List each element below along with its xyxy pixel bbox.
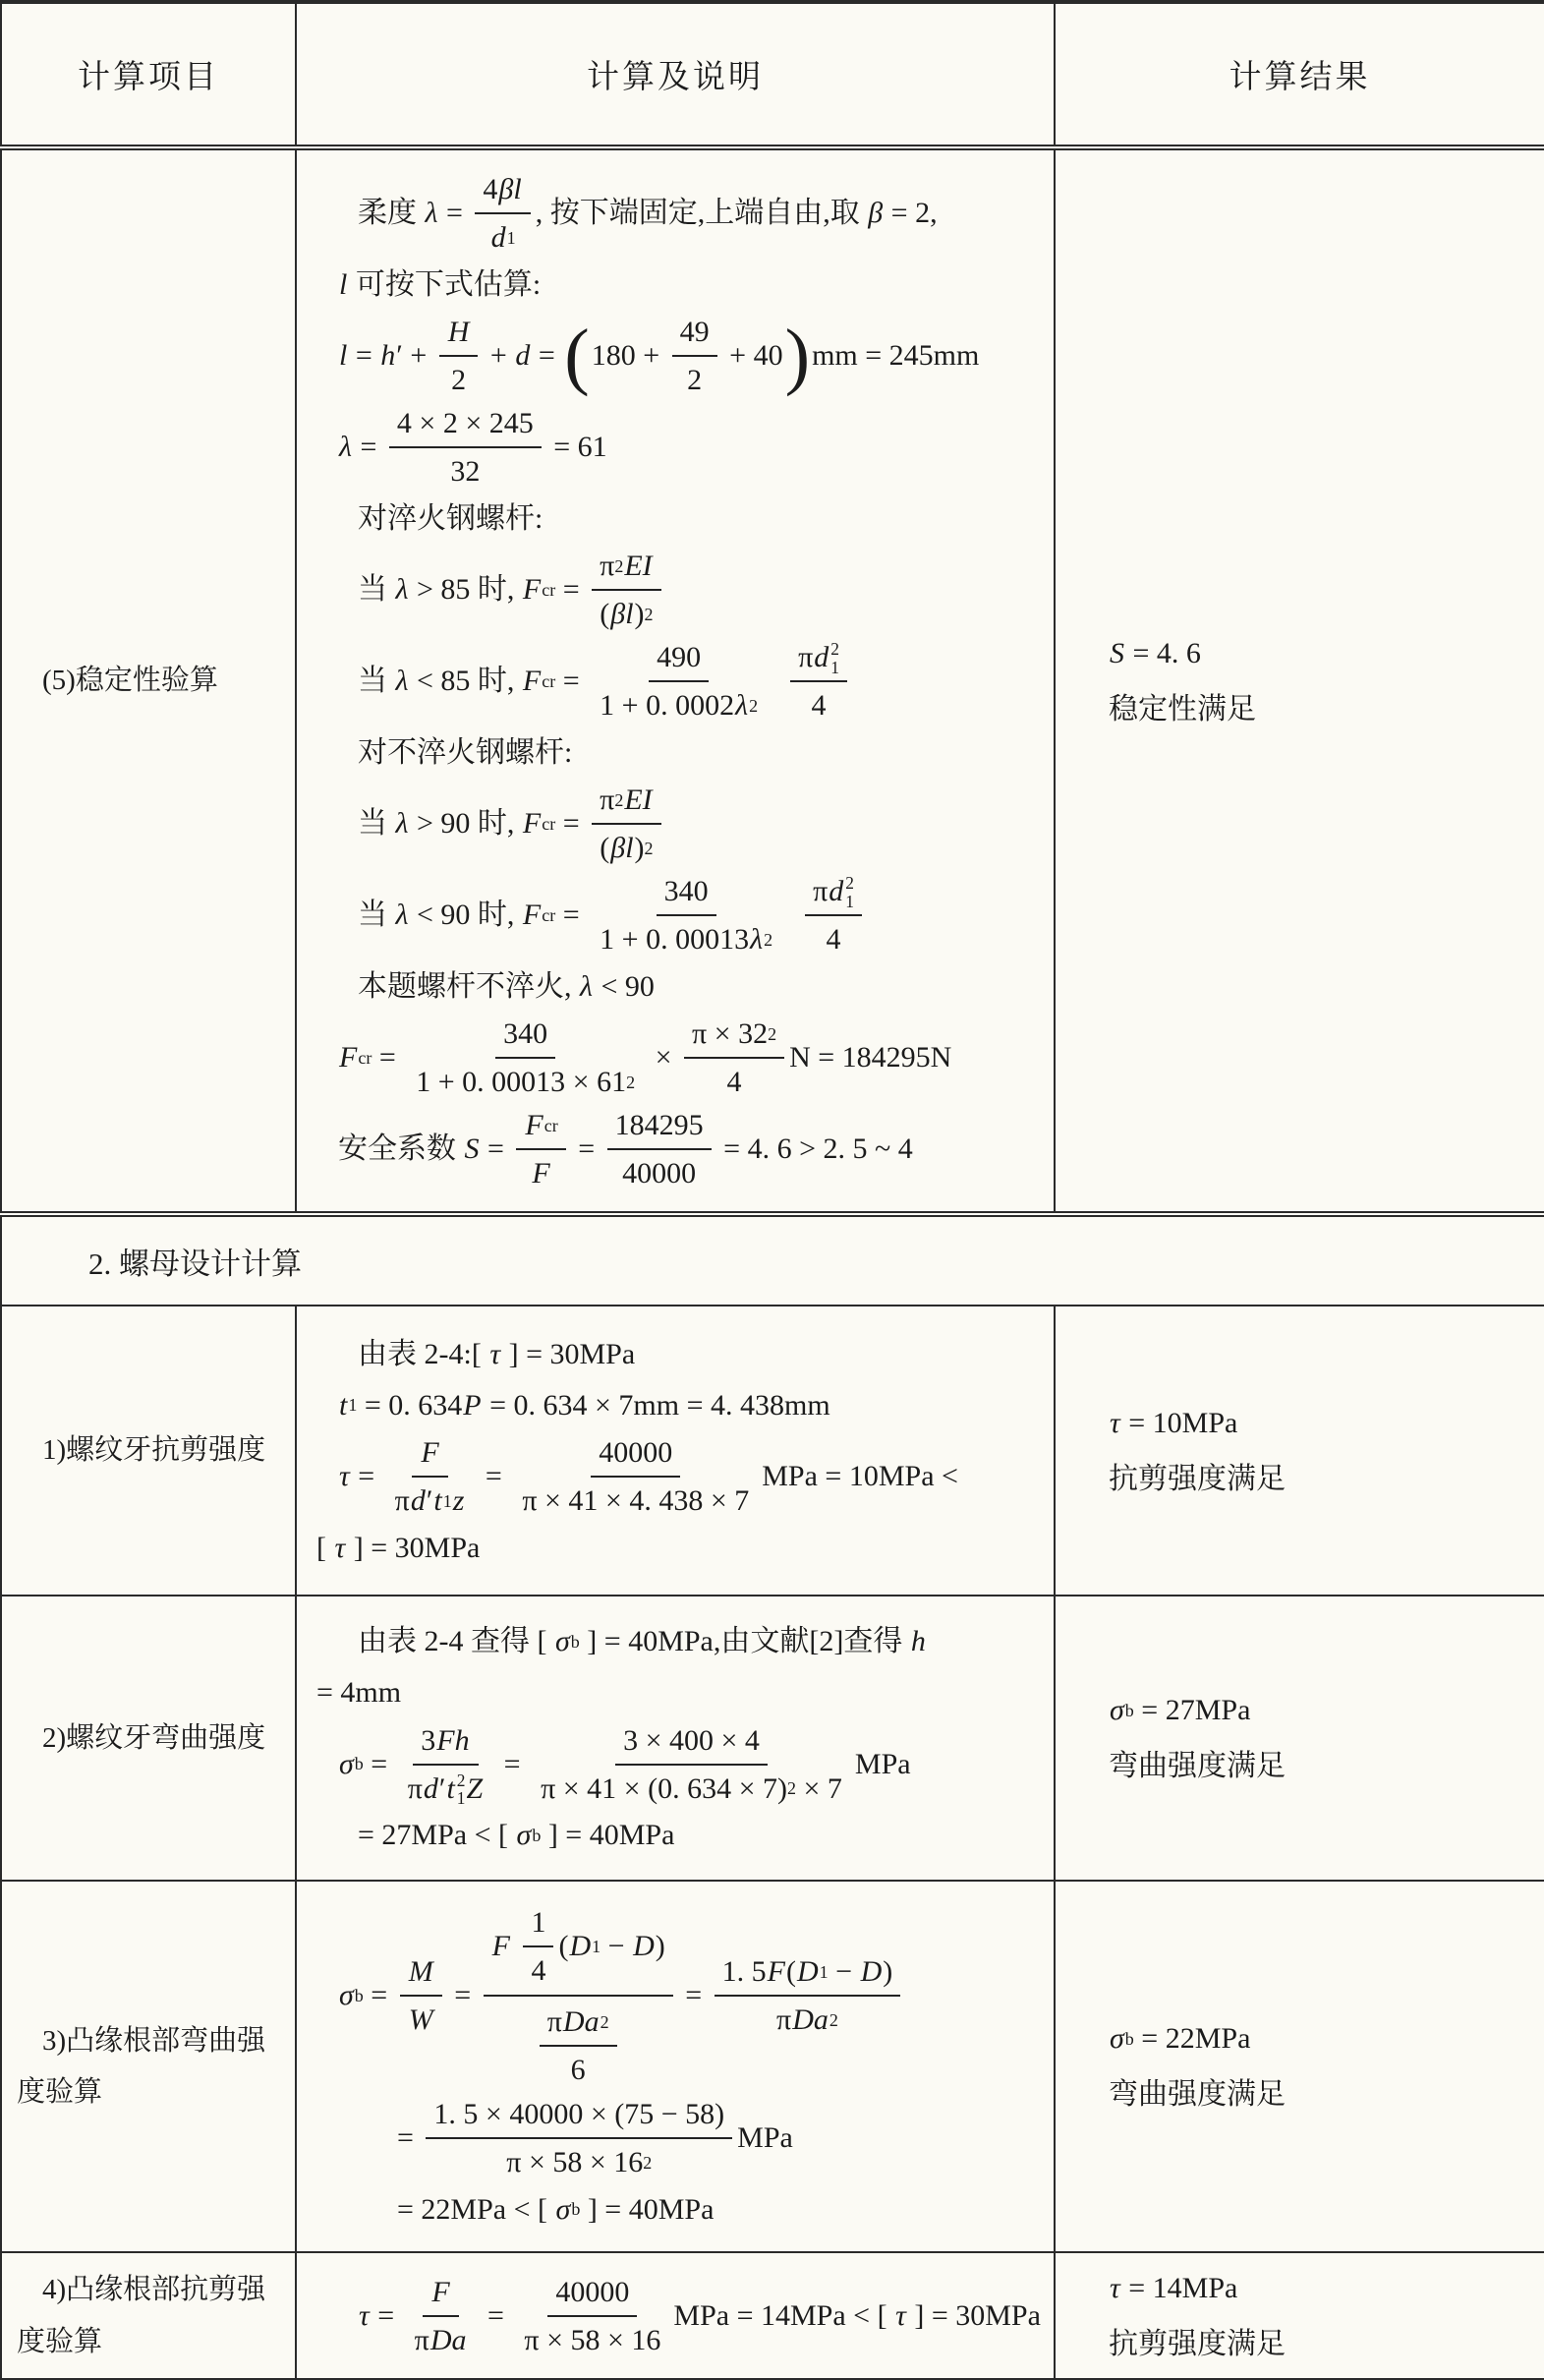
- fraction-numerator: π2EI: [592, 779, 660, 825]
- math-variable: H: [447, 313, 471, 351]
- math-text: =: [371, 2296, 402, 2335]
- fraction-numerator: π × 322: [684, 1013, 784, 1059]
- fraction-numerator: 1. 5 × 40000 × (75 − 58): [426, 2093, 732, 2139]
- math-text: +: [483, 336, 514, 375]
- math-text: 3 × 400 × 4: [623, 1721, 760, 1760]
- fraction-denominator: 1 + 0. 00013 × 612: [408, 1059, 643, 1102]
- formula-line: [ τ ] = 30MPa: [303, 1523, 1048, 1572]
- math-fraction: πDa26: [540, 2001, 617, 2090]
- math-text: π: [600, 781, 614, 819]
- math-variable: d: [490, 218, 507, 257]
- math-text: 弯曲强度满足: [1109, 2066, 1286, 2122]
- formula-line: 当 λ > 85 时, Fcr = π2EI(βl)2: [303, 545, 1048, 634]
- fraction-denominator: 4: [804, 682, 834, 726]
- math-text: 490: [657, 638, 701, 676]
- math-variable: τ: [1109, 1395, 1121, 1451]
- calculation-document: 计算项目 计算及说明 计算结果 (5)稳定性验算柔度 λ = 4βld1, 按下…: [0, 0, 1544, 2380]
- math-variable: d: [423, 1770, 439, 1808]
- fraction-denominator: 4: [523, 1947, 553, 1991]
- math-variable: σ: [1109, 1682, 1125, 1738]
- math-variable: F: [522, 570, 542, 609]
- result-line: 抗剪强度满足: [1109, 1451, 1538, 1507]
- fraction-numerator: 4βl: [475, 168, 530, 214]
- math-subscript: b: [532, 1827, 541, 1844]
- fraction-numerator: 3 × 400 × 4: [615, 1719, 768, 1766]
- fraction-denominator: πd′t21Z: [400, 1766, 491, 1809]
- fraction-numerator: 490: [649, 636, 709, 682]
- math-text: > 90 时,: [410, 804, 522, 842]
- formula-line: l = h′ + H2 + d = (180 + 492 + 40)mm = 2…: [303, 311, 1048, 400]
- math-fraction: FπDa: [407, 2271, 476, 2360]
- math-text: [771, 662, 785, 700]
- math-variable: σ: [338, 1976, 355, 2014]
- math-variable: σ: [1109, 2010, 1125, 2066]
- math-variable: λ: [734, 686, 749, 725]
- math-variable: t: [445, 1770, 455, 1808]
- math-text: π × 58 × 16: [524, 2321, 660, 2359]
- math-text: =: [555, 896, 587, 934]
- math-big-paren: ): [785, 327, 810, 383]
- header-cell-calculation: 计算及说明: [296, 2, 1055, 147]
- header-row: 计算项目 计算及说明 计算结果: [1, 2, 1544, 147]
- fraction-denominator: πDa: [407, 2317, 476, 2360]
- math-subscript: cr: [542, 906, 555, 924]
- math-fraction: 3Fhπd′t21Z: [400, 1719, 491, 1809]
- result-cell: σb = 27MPa弯曲强度满足: [1055, 1596, 1544, 1881]
- math-big-paren: (: [564, 327, 589, 383]
- math-variable: F: [524, 1106, 543, 1144]
- table-body: (5)稳定性验算柔度 λ = 4βld1, 按下端固定,上端自由,取 β = 2…: [1, 147, 1544, 2379]
- table-row-thread-bending: 2)螺纹牙弯曲强度由表 2-4 查得 [ σb ] = 40MPa,由文献[2]…: [1, 1596, 1544, 1881]
- math-text: 可按下式估算:: [348, 265, 541, 304]
- math-text: 40000: [599, 1433, 672, 1472]
- math-fraction: 1. 5F(D1 − D)πDa2: [715, 1950, 901, 2040]
- math-fraction: FcrF: [516, 1104, 565, 1193]
- math-text: π: [798, 638, 813, 676]
- math-text: 4: [531, 1951, 545, 1990]
- math-supsub-stack: 21: [845, 874, 854, 910]
- math-variable: F: [767, 1952, 786, 1991]
- fraction-denominator: 4: [819, 916, 849, 959]
- item-cell: 2)螺纹牙弯曲强度: [1, 1596, 296, 1881]
- math-supscript: 2: [614, 557, 623, 575]
- result-cell: τ = 14MPa抗剪强度满足: [1055, 2252, 1544, 2379]
- fraction-denominator: d1: [483, 214, 524, 258]
- fraction-denominator: π × 41 × (0. 634 × 7)2 × 7: [533, 1766, 850, 1809]
- fraction-numerator: M: [400, 1950, 442, 1997]
- math-text: π × 32: [692, 1015, 768, 1053]
- math-variable: Da: [562, 2003, 600, 2041]
- math-text: =: [397, 2119, 421, 2157]
- math-text: MPa = 10MPa <: [762, 1457, 958, 1495]
- fraction-numerator: 4 × 2 × 245: [389, 402, 542, 448]
- math-subscript: b: [355, 1755, 364, 1772]
- formula-line: t1 = 0. 634P = 0. 634 × 7mm = 4. 438mm: [303, 1380, 1048, 1429]
- result-line: 弯曲强度满足: [1109, 1738, 1538, 1794]
- math-text: 49: [680, 313, 710, 351]
- math-text: =: [678, 1976, 710, 2014]
- math-fraction: 492: [672, 311, 717, 400]
- math-fraction: π2EI(βl)2: [592, 545, 660, 634]
- math-variable: d: [813, 638, 829, 676]
- math-fraction: 1. 5 × 40000 × (75 − 58)π × 58 × 162: [426, 2093, 732, 2182]
- math-text: < 90 时,: [410, 896, 522, 934]
- math-fraction: 4 × 2 × 24532: [389, 402, 542, 492]
- result-line: S = 4. 6: [1109, 625, 1538, 681]
- math-text: 1: [531, 1903, 545, 1942]
- math-text: ): [635, 595, 645, 633]
- math-variable: D: [568, 1927, 592, 1965]
- math-text: + 40: [722, 336, 783, 375]
- math-text: [511, 1927, 519, 1965]
- formula-line: τ = Fπd′t1z = 40000π × 41 × 4. 438 × 7MP…: [303, 1431, 1048, 1521]
- formula-line: τ = FπDa = 40000π × 58 × 16MPa = 14MPa <…: [303, 2271, 1048, 2360]
- math-variable: σ: [555, 2190, 572, 2229]
- formula-line: = 1. 5 × 40000 × (75 − 58)π × 58 × 162MP…: [303, 2093, 1048, 2182]
- fraction-numerator: 1. 5F(D1 − D): [715, 1950, 901, 1997]
- math-variable: S: [1109, 625, 1125, 681]
- item-cell: 3)凸缘根部弯曲强度验算: [1, 1881, 296, 2252]
- math-subscript: b: [1125, 2030, 1134, 2048]
- section-row: 2. 螺母设计计算: [1, 1214, 1544, 1306]
- math-text: 4: [483, 170, 497, 208]
- math-text: =: [364, 1976, 395, 2014]
- calculation-table: 计算项目 计算及说明 计算结果 (5)稳定性验算柔度 λ = 4βld1, 按下…: [0, 0, 1544, 2380]
- math-text: π: [600, 547, 614, 585]
- result-cell: τ = 10MPa抗剪强度满足: [1055, 1306, 1544, 1596]
- fraction-numerator: F: [423, 2271, 458, 2317]
- math-supscript: 2: [749, 697, 758, 715]
- math-variable: λ: [395, 896, 410, 934]
- math-variable: λ: [425, 194, 439, 232]
- math-fraction: F 14(D1 − D)πDa26: [484, 1899, 673, 2091]
- math-variable: σ: [338, 1745, 355, 1783]
- math-variable: F: [522, 804, 542, 842]
- math-text: =: [372, 1038, 403, 1076]
- fraction-numerator: 1: [523, 1901, 553, 1947]
- math-variable: βl: [497, 170, 522, 208]
- formula-line: 本题螺杆不淬火, λ < 90: [303, 961, 1048, 1011]
- math-subscript: b: [1125, 1702, 1134, 1719]
- math-text: = 27MPa: [1134, 1682, 1251, 1738]
- calculation-cell: τ = FπDa = 40000π × 58 × 16MPa = 14MPa <…: [296, 2252, 1055, 2379]
- math-variable: λ: [579, 967, 594, 1006]
- math-variable: t: [338, 1386, 348, 1424]
- fraction-numerator: H: [439, 311, 479, 357]
- math-subscript: 1: [443, 1492, 452, 1510]
- math-text: π: [547, 2003, 562, 2041]
- math-text: 当: [358, 570, 395, 609]
- math-variable: S: [464, 1130, 481, 1168]
- math-variable: τ: [338, 1457, 351, 1495]
- fraction-numerator: F: [412, 1431, 447, 1478]
- math-variable: F: [338, 1038, 358, 1076]
- fraction-numerator: πd21: [805, 870, 862, 916]
- math-text: 柔度: [358, 194, 425, 232]
- formula-line: 当 λ < 85 时, Fcr = 4901 + 0. 0002λ2 πd214: [303, 636, 1048, 726]
- math-fraction: 40000π × 58 × 16: [516, 2271, 668, 2360]
- fraction-numerator: 49: [672, 311, 717, 357]
- math-fraction: πd214: [805, 870, 862, 959]
- math-text: 40000: [622, 1154, 696, 1192]
- math-text: 340: [503, 1015, 547, 1053]
- formula-line: σb = MW = F 14(D1 − D)πDa26 = 1. 5F(D1 −…: [303, 1899, 1048, 2091]
- math-fraction: 3 × 400 × 4π × 41 × (0. 634 × 7)2 × 7: [533, 1719, 850, 1809]
- math-text: < 90: [594, 967, 655, 1006]
- calculation-cell: 柔度 λ = 4βld1, 按下端固定,上端自由,取 β = 2,l 可按下式估…: [296, 147, 1055, 1214]
- result-line: τ = 10MPa: [1109, 1395, 1538, 1451]
- math-subscript: b: [571, 2200, 580, 2218]
- math-variable: h: [379, 336, 396, 375]
- fraction-denominator: πd′t1z: [387, 1478, 474, 1521]
- math-variable: F: [491, 1927, 511, 1965]
- math-text: 1 + 0. 0002: [600, 686, 734, 725]
- math-text: 3: [421, 1721, 435, 1760]
- table-row-flange-shear: 4)凸缘根部抗剪强度验算τ = FπDa = 40000π × 58 × 16M…: [1, 2252, 1544, 2379]
- math-text: = 2,: [884, 194, 937, 232]
- formula-line: = 4mm: [303, 1668, 1048, 1717]
- fraction-denominator: (βl)2: [592, 591, 660, 634]
- math-supscript: 2: [829, 2011, 838, 2029]
- math-supscript: 2: [643, 2154, 652, 2172]
- math-variable: λ: [395, 804, 410, 842]
- math-variable: D: [796, 1952, 820, 1991]
- math-text: =: [353, 428, 384, 466]
- math-variable: Z: [465, 1770, 484, 1808]
- fraction-denominator: πDa2: [769, 1997, 846, 2040]
- result-line: 弯曲强度满足: [1109, 2066, 1538, 2122]
- math-text: 2: [687, 361, 702, 399]
- math-text: 当: [358, 804, 395, 842]
- math-variable: h: [910, 1622, 927, 1660]
- result-cell: S = 4. 6稳定性满足: [1055, 147, 1544, 1214]
- fraction-denominator: π × 41 × 4. 438 × 7: [514, 1478, 757, 1521]
- math-variable: λ: [749, 920, 764, 958]
- math-variable: d: [828, 872, 844, 910]
- math-text: (: [558, 1927, 568, 1965]
- math-variable: d: [514, 336, 531, 375]
- math-variable: P: [462, 1386, 482, 1424]
- math-text: = 0. 634: [357, 1386, 462, 1424]
- math-variable: t: [432, 1481, 442, 1520]
- math-text: =: [481, 2296, 512, 2335]
- math-text: ] = 40MPa,由文献[2]查得: [580, 1622, 910, 1660]
- math-text: =: [364, 1745, 395, 1783]
- formula-line: 对淬火钢螺杆:: [303, 493, 1048, 543]
- math-superscript: 2: [830, 640, 839, 658]
- math-text: N = 184295N: [789, 1038, 951, 1076]
- math-text: = 10MPa: [1121, 1395, 1238, 1451]
- math-text: × 7: [796, 1770, 842, 1808]
- math-text: ): [883, 1952, 892, 1991]
- math-variable: Da: [429, 2321, 468, 2359]
- math-variable: λ: [395, 570, 410, 609]
- math-text: =: [555, 804, 587, 842]
- math-variable: l: [338, 336, 348, 375]
- math-text: =: [496, 1745, 528, 1783]
- math-text: 当: [358, 662, 395, 700]
- math-text: =: [571, 1130, 602, 1168]
- math-text: ] = 30MPa: [907, 2296, 1041, 2335]
- math-supscript: 2: [764, 931, 772, 949]
- item-cell: 4)凸缘根部抗剪强度验算: [1, 2252, 296, 2379]
- calculation-cell: 由表 2-4 查得 [ σb ] = 40MPa,由文献[2]查得 h= 4mm…: [296, 1596, 1055, 1881]
- formula-line: 安全系数 S = FcrF = 18429540000 = 4. 6 > 2. …: [303, 1104, 1048, 1193]
- formula-line: = 27MPa < [ σb ] = 40MPa: [303, 1811, 1048, 1860]
- formula-line: 当 λ < 90 时, Fcr = 3401 + 0. 00013λ2 πd21…: [303, 870, 1048, 959]
- math-fraction: 4901 + 0. 0002λ2: [592, 636, 766, 726]
- table-row-stability: (5)稳定性验算柔度 λ = 4βld1, 按下端固定,上端自由,取 β = 2…: [1, 147, 1544, 1214]
- math-text: 对不淬火钢螺杆:: [358, 733, 572, 772]
- formula-line: = 22MPa < [ σb ] = 40MPa: [303, 2184, 1048, 2234]
- fraction-denominator: 2: [443, 357, 474, 400]
- math-variable: τ: [334, 1529, 347, 1567]
- math-variable: Da: [791, 2001, 829, 2039]
- fraction-denominator: (βl)2: [592, 825, 660, 868]
- math-superscript: 2: [457, 1771, 466, 1789]
- math-text: 4 × 2 × 245: [397, 404, 534, 442]
- math-variable: τ: [894, 2296, 907, 2335]
- math-variable: D: [632, 1927, 656, 1965]
- fraction-numerator: F 14(D1 − D): [484, 1899, 673, 1997]
- math-text: (: [786, 1952, 796, 1991]
- math-text: 1. 5 × 40000 × (75 − 58): [433, 2095, 724, 2133]
- math-variable: σ: [516, 1816, 533, 1854]
- math-text: −: [600, 1927, 632, 1965]
- math-text: =: [481, 1130, 512, 1168]
- formula-line: 柔度 λ = 4βld1, 按下端固定,上端自由,取 β = 2,: [303, 168, 1048, 258]
- fraction-denominator: W: [400, 1997, 442, 2040]
- math-text: =: [351, 1457, 382, 1495]
- math-text: π × 58 × 16: [506, 2143, 643, 2181]
- math-text: =: [348, 336, 379, 375]
- calculation-cell: σb = MW = F 14(D1 − D)πDa26 = 1. 5F(D1 −…: [296, 1881, 1055, 2252]
- math-variable: F: [522, 662, 542, 700]
- math-text: 由表 2-4:[: [358, 1335, 488, 1373]
- math-text: < 85 时,: [410, 662, 522, 700]
- math-text: 当: [358, 896, 395, 934]
- math-text: =: [555, 570, 587, 609]
- math-text: 弯曲强度满足: [1109, 1738, 1286, 1794]
- math-variable: EI: [623, 781, 653, 819]
- formula-line: 当 λ > 90 时, Fcr = π2EI(βl)2: [303, 779, 1048, 868]
- math-fraction: MW: [400, 1950, 442, 2040]
- math-text: π × 41 × 4. 438 × 7: [522, 1481, 749, 1520]
- math-text: ): [635, 829, 645, 867]
- fraction-numerator: 340: [657, 870, 716, 916]
- result-line: σb = 22MPa: [1109, 2010, 1538, 2066]
- math-text: MPa = 14MPa < [: [673, 2296, 894, 2335]
- math-text: 抗剪强度满足: [1109, 2316, 1286, 2372]
- math-text: ] = 30MPa: [346, 1529, 480, 1567]
- math-text: MPa: [855, 1745, 911, 1783]
- math-text: 4: [827, 920, 841, 958]
- math-variable: F: [531, 1154, 550, 1192]
- math-subscript: 1: [820, 1963, 829, 1981]
- math-variable: l: [338, 265, 348, 304]
- math-fraction: 18429540000: [607, 1104, 712, 1193]
- math-text: 稳定性满足: [1109, 681, 1256, 737]
- math-text: 6: [571, 2051, 586, 2089]
- header-cell-result: 计算结果: [1055, 2, 1544, 147]
- math-variable: βl: [609, 829, 634, 867]
- math-text: = 14MPa: [1121, 2260, 1238, 2316]
- math-text: ] = 40MPa: [541, 1816, 674, 1854]
- math-supscript: 2: [614, 791, 623, 809]
- math-text: ×: [648, 1038, 679, 1076]
- math-fraction: 14: [523, 1901, 553, 1991]
- math-text: MPa: [737, 2119, 793, 2157]
- formula-line: Fcr = 3401 + 0. 00013 × 612 × π × 3224N …: [303, 1013, 1048, 1102]
- item-cell: 1)螺纹牙抗剪强度: [1, 1306, 296, 1596]
- math-variable: λ: [338, 428, 353, 466]
- math-variable: EI: [623, 547, 653, 585]
- math-subscript: 1: [592, 1938, 600, 1955]
- math-text: (: [600, 829, 609, 867]
- math-text: ): [656, 1927, 665, 1965]
- table-row-flange-bending: 3)凸缘根部弯曲强度验算σb = MW = F 14(D1 − D)πDa26 …: [1, 1881, 1544, 2252]
- math-subscript: cr: [542, 672, 555, 690]
- fraction-numerator: 340: [495, 1013, 555, 1059]
- math-text: 2: [451, 361, 466, 399]
- math-variable: σ: [554, 1622, 571, 1660]
- math-text: =: [555, 662, 587, 700]
- math-variable: β: [867, 194, 884, 232]
- math-variable: τ: [488, 1335, 501, 1373]
- math-text: =: [531, 336, 562, 375]
- fraction-numerator: πd21: [790, 636, 847, 682]
- fraction-numerator: π2EI: [592, 545, 660, 591]
- math-text: 1 + 0. 00013 × 61: [416, 1063, 626, 1101]
- math-text: π: [395, 1481, 410, 1520]
- math-text: π: [415, 2321, 429, 2359]
- math-text: = 27MPa < [: [358, 1816, 516, 1854]
- math-text: ′ +: [396, 336, 433, 375]
- math-text: (: [600, 595, 609, 633]
- math-text: 抗剪强度满足: [1109, 1451, 1286, 1507]
- math-text: mm = 245mm: [812, 336, 979, 375]
- math-variable: βl: [609, 595, 634, 633]
- math-variable: F: [420, 1433, 439, 1472]
- math-subscript: cr: [358, 1049, 372, 1067]
- fraction-denominator: 6: [563, 2047, 594, 2090]
- math-fraction: Fπd′t1z: [387, 1431, 474, 1521]
- math-supscript: 2: [768, 1025, 776, 1043]
- section-heading: 2. 螺母设计计算: [1, 1214, 1544, 1306]
- math-text: [785, 896, 800, 934]
- math-text: =: [439, 194, 471, 232]
- math-subscript: 1: [348, 1396, 357, 1414]
- math-subscript: 1: [507, 229, 516, 247]
- math-text: = 61: [546, 428, 607, 466]
- math-text: 4: [812, 686, 827, 725]
- math-fraction: π × 3224: [684, 1013, 784, 1102]
- math-text: 32: [450, 452, 480, 491]
- math-variable: W: [408, 2001, 434, 2039]
- math-variable: Fh: [435, 1721, 470, 1760]
- math-variable: F: [522, 896, 542, 934]
- formula-line: 由表 2-4:[ τ ] = 30MPa: [303, 1329, 1048, 1378]
- math-text: −: [829, 1952, 860, 1991]
- table-row-thread-shear: 1)螺纹牙抗剪强度由表 2-4:[ τ ] = 30MPat1 = 0. 634…: [1, 1306, 1544, 1596]
- fraction-denominator: π × 58 × 16: [516, 2317, 668, 2360]
- math-text: 40000: [555, 2273, 629, 2311]
- math-supscript: 2: [600, 2013, 609, 2031]
- math-text: = 4. 6: [1125, 625, 1201, 681]
- item-cell: (5)稳定性验算: [1, 147, 296, 1214]
- math-text: =: [447, 1976, 479, 2014]
- math-fraction: H2: [439, 311, 479, 400]
